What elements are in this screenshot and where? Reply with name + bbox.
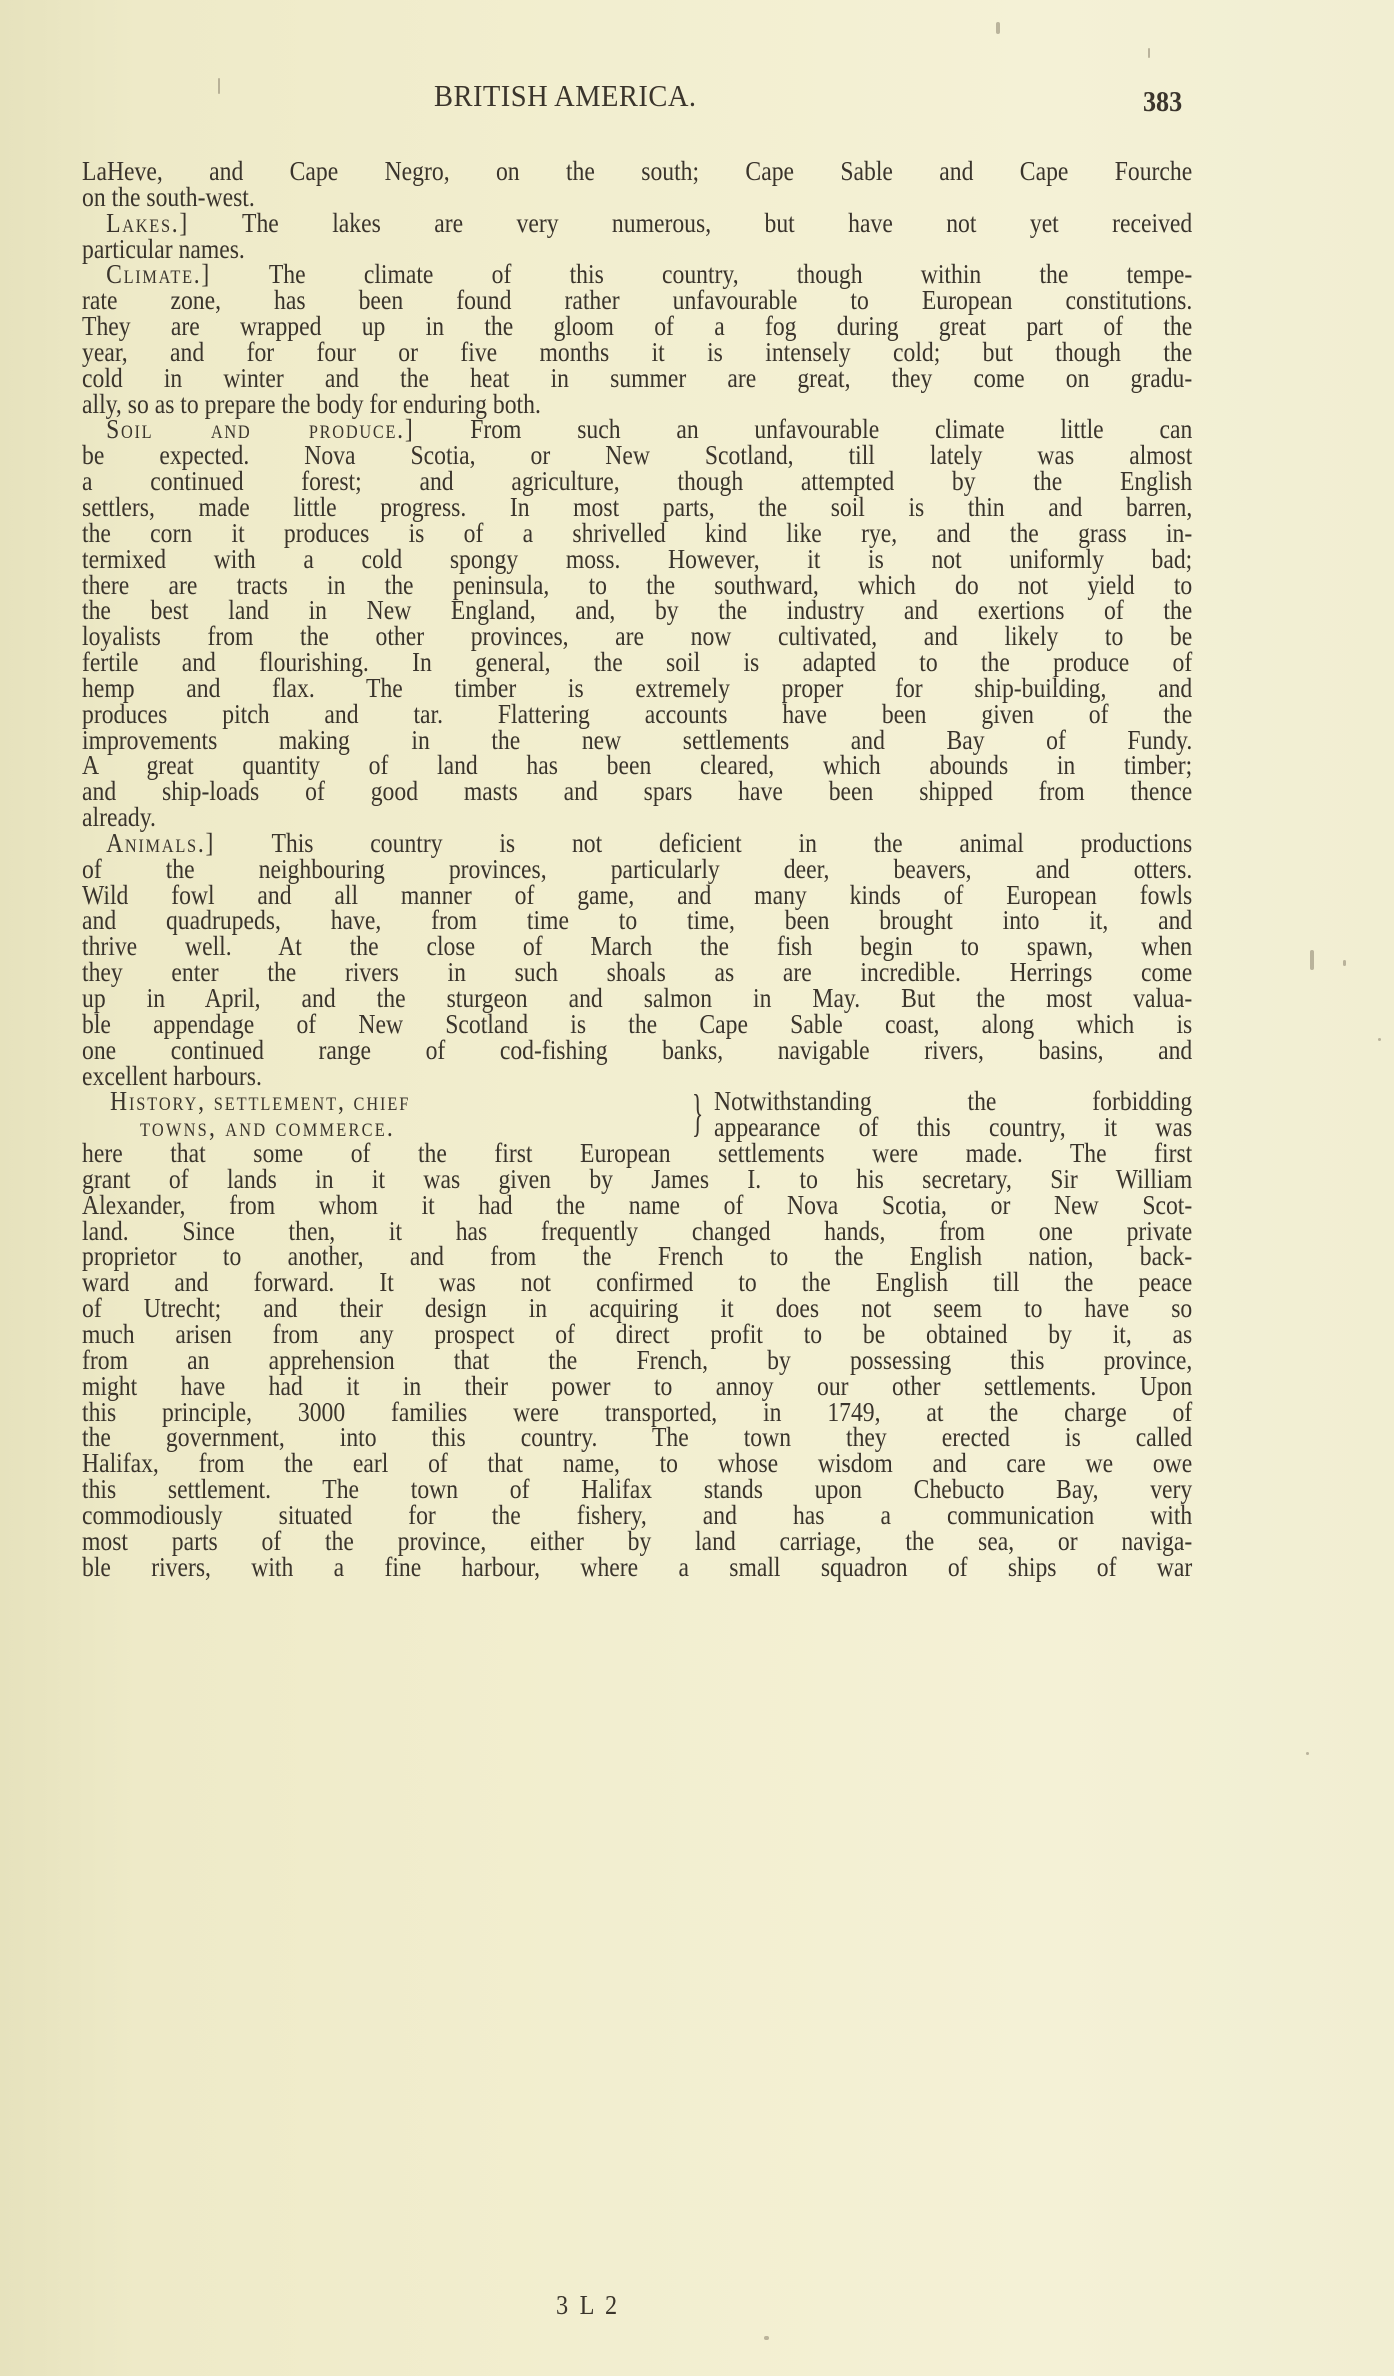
paper-speck bbox=[1343, 960, 1346, 966]
paper-speck bbox=[996, 22, 1000, 34]
section-lakes: Lakes.] The lakes are very numerous, but… bbox=[82, 210, 1192, 236]
paper-speck bbox=[218, 78, 220, 94]
paper-speck bbox=[764, 2336, 769, 2340]
page-number: 383 bbox=[1143, 86, 1182, 119]
book-page: BRITISH AMERICA. 383 LaHeve, and Cape Ne… bbox=[0, 0, 1394, 2376]
paper-speck bbox=[1378, 1038, 1381, 1041]
paper-speck bbox=[1306, 1752, 1309, 1755]
body-text: LaHeve, and Cape Negro, on the south; Ca… bbox=[82, 158, 1192, 1579]
text-line: The lakes are very numerous, but have no… bbox=[242, 207, 1192, 238]
text-line: and ship-loads of good masts and spars h… bbox=[82, 778, 1192, 804]
running-head: BRITISH AMERICA. 383 bbox=[0, 78, 1394, 118]
running-title: BRITISH AMERICA. bbox=[434, 78, 696, 114]
signature-mark: 3 L 2 bbox=[556, 2290, 620, 2321]
paper-speck bbox=[1310, 950, 1314, 970]
text-line: ble rivers, with a fine harbour, where a… bbox=[82, 1554, 1192, 1580]
brace-glyph: } bbox=[692, 1090, 703, 1138]
section-history: History, settlement, chief towns, and co… bbox=[82, 1088, 1192, 1140]
paper-speck bbox=[1148, 48, 1150, 58]
